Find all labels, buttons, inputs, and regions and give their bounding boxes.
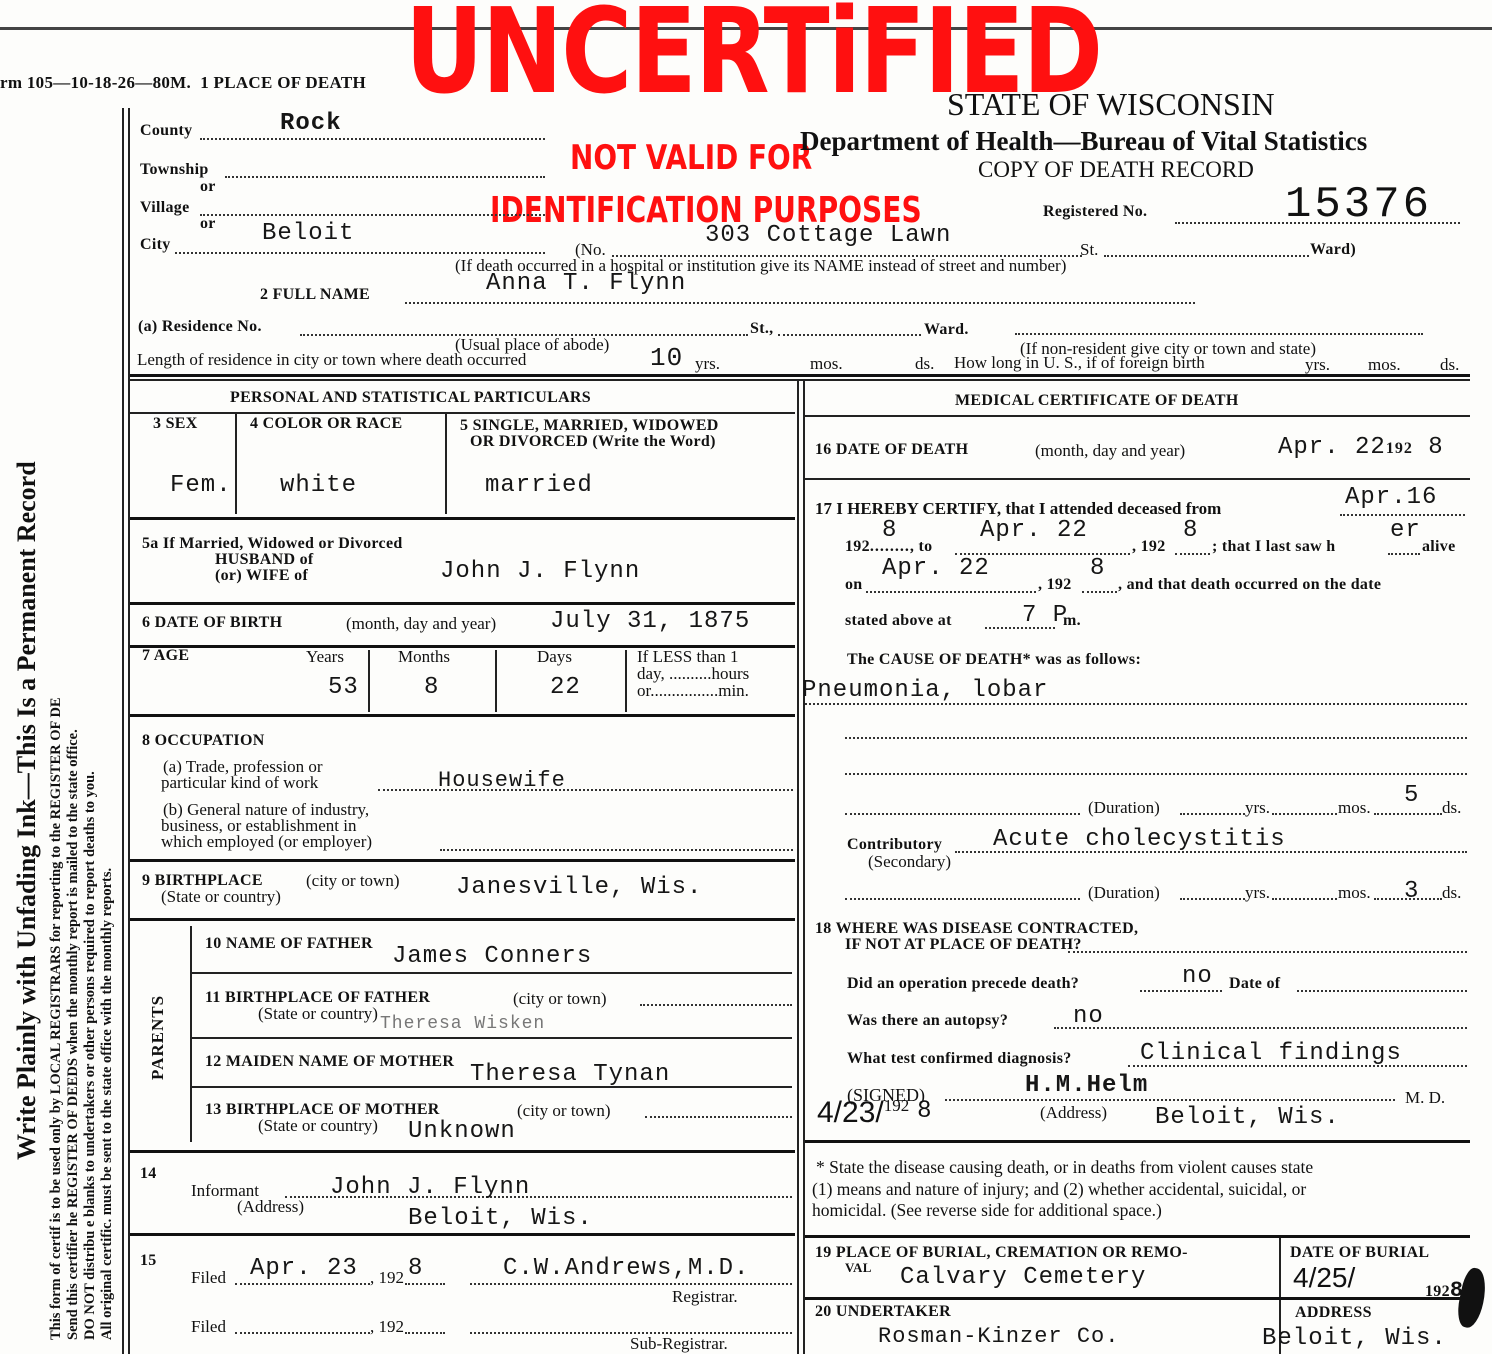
attended-to-value: Apr. 22 — [980, 517, 1088, 544]
personal-heading: PERSONAL AND STATISTICAL PARTICULARS — [230, 389, 591, 407]
parents-side-label: PARENTS — [148, 995, 168, 1080]
medical-heading: MEDICAL CERTIFICATE OF DEATH — [955, 392, 1239, 410]
spouse-value: John J. Flynn — [440, 558, 640, 585]
undertaker-value: Rosman-Kinzer Co. — [878, 1324, 1119, 1349]
filed-date-value: Apr. 23 — [250, 1255, 358, 1282]
informant-address-value: Beloit, Wis. — [408, 1205, 593, 1232]
undertaker-address-value: Beloit, Wis. — [1262, 1325, 1447, 1352]
occupation-value: Housewife — [438, 768, 566, 793]
father-birthplace-value: Theresa Wisken — [380, 1014, 545, 1034]
cause-of-death-value: Pneumonia, lobar — [802, 677, 1048, 704]
city-value: Beloit — [262, 220, 354, 247]
city-label: City — [140, 236, 171, 254]
birthplace-value: Janesville, Wis. — [456, 874, 702, 901]
mother-name-value: Theresa Tynan — [470, 1061, 670, 1088]
registered-label: Registered No. — [1043, 203, 1147, 221]
center-divider — [797, 380, 799, 1354]
contributory-value: Acute cholecystitis — [993, 826, 1286, 853]
physician-address-value: Beloit, Wis. — [1155, 1104, 1340, 1131]
village-label: Village — [140, 199, 190, 217]
operation-value: no — [1182, 963, 1213, 990]
race-value: white — [280, 472, 357, 499]
full-name-label: 2 FULL NAME — [260, 286, 370, 304]
filed-year-value: 8 — [408, 1255, 423, 1282]
side-instruction-main: Write Plainly with Unfading Ink—This Is … — [12, 300, 42, 1160]
autopsy-value: no — [1073, 1003, 1104, 1030]
mother-birthplace-value: Unknown — [408, 1118, 516, 1145]
date-of-death-value: Apr. 22192 8 — [1278, 434, 1444, 461]
father-name-value: James Conners — [392, 943, 592, 970]
age-years: 53 — [328, 674, 359, 701]
signature-date: 4/23/192 8 — [817, 1096, 931, 1130]
attended-from-value: Apr.16 — [1345, 484, 1437, 511]
marital-value: married — [485, 472, 593, 499]
not-valid-stamp: NOT VALID FOR — [570, 138, 812, 178]
length-of-residence-label: Length of residence in city or town wher… — [137, 350, 526, 370]
test-value: Clinical findings — [1140, 1040, 1402, 1067]
registrar-value: C.W.Andrews,M.D. — [503, 1255, 749, 1282]
residence-label: (a) Residence No. — [138, 318, 262, 336]
age-months: 8 — [424, 674, 439, 701]
county-label: County — [140, 122, 192, 140]
informant-name-value: John J. Flynn — [330, 1174, 530, 1201]
age-days: 22 — [550, 674, 581, 701]
place-of-death-label: 1 PLACE OF DEATH — [200, 73, 366, 92]
side-instruction-lines: This form of certif is to be used only b… — [48, 697, 116, 1340]
time-of-death-value: 7 P — [1022, 602, 1068, 629]
residence-years: 10 — [650, 343, 683, 373]
contributory-duration-days: 3 — [1404, 878, 1419, 905]
sex-value: Fem. — [170, 472, 232, 499]
form-id: rm 105—10-18-26—80M. 1 PLACE OF DEATH — [0, 73, 366, 93]
dob-value: July 31, 1875 — [550, 608, 750, 635]
registered-number: 15376 — [1285, 180, 1432, 230]
marital-label-2: OR DIVORCED (Write the Word) — [470, 433, 716, 451]
record-title: COPY OF DEATH RECORD — [978, 157, 1254, 183]
last-saw-date-value: Apr. 22 — [882, 555, 990, 582]
burial-place-value: Calvary Cemetery — [900, 1264, 1146, 1291]
full-name-value: Anna T. Flynn — [486, 270, 686, 297]
burial-date-value: 4/25/ — [1293, 1262, 1355, 1294]
county-value: Rock — [280, 110, 342, 137]
department-title: Department of Health—Bureau of Vital Sta… — [800, 126, 1367, 157]
physician-signature: H.M.Helm — [1025, 1072, 1148, 1099]
cause-duration-days: 5 — [1404, 782, 1419, 809]
state-title: STATE OF WISCONSIN — [947, 86, 1275, 123]
township-label: Township — [140, 161, 209, 179]
form-left-border — [122, 108, 124, 1354]
street-value: 303 Cottage Lawn — [705, 222, 951, 249]
